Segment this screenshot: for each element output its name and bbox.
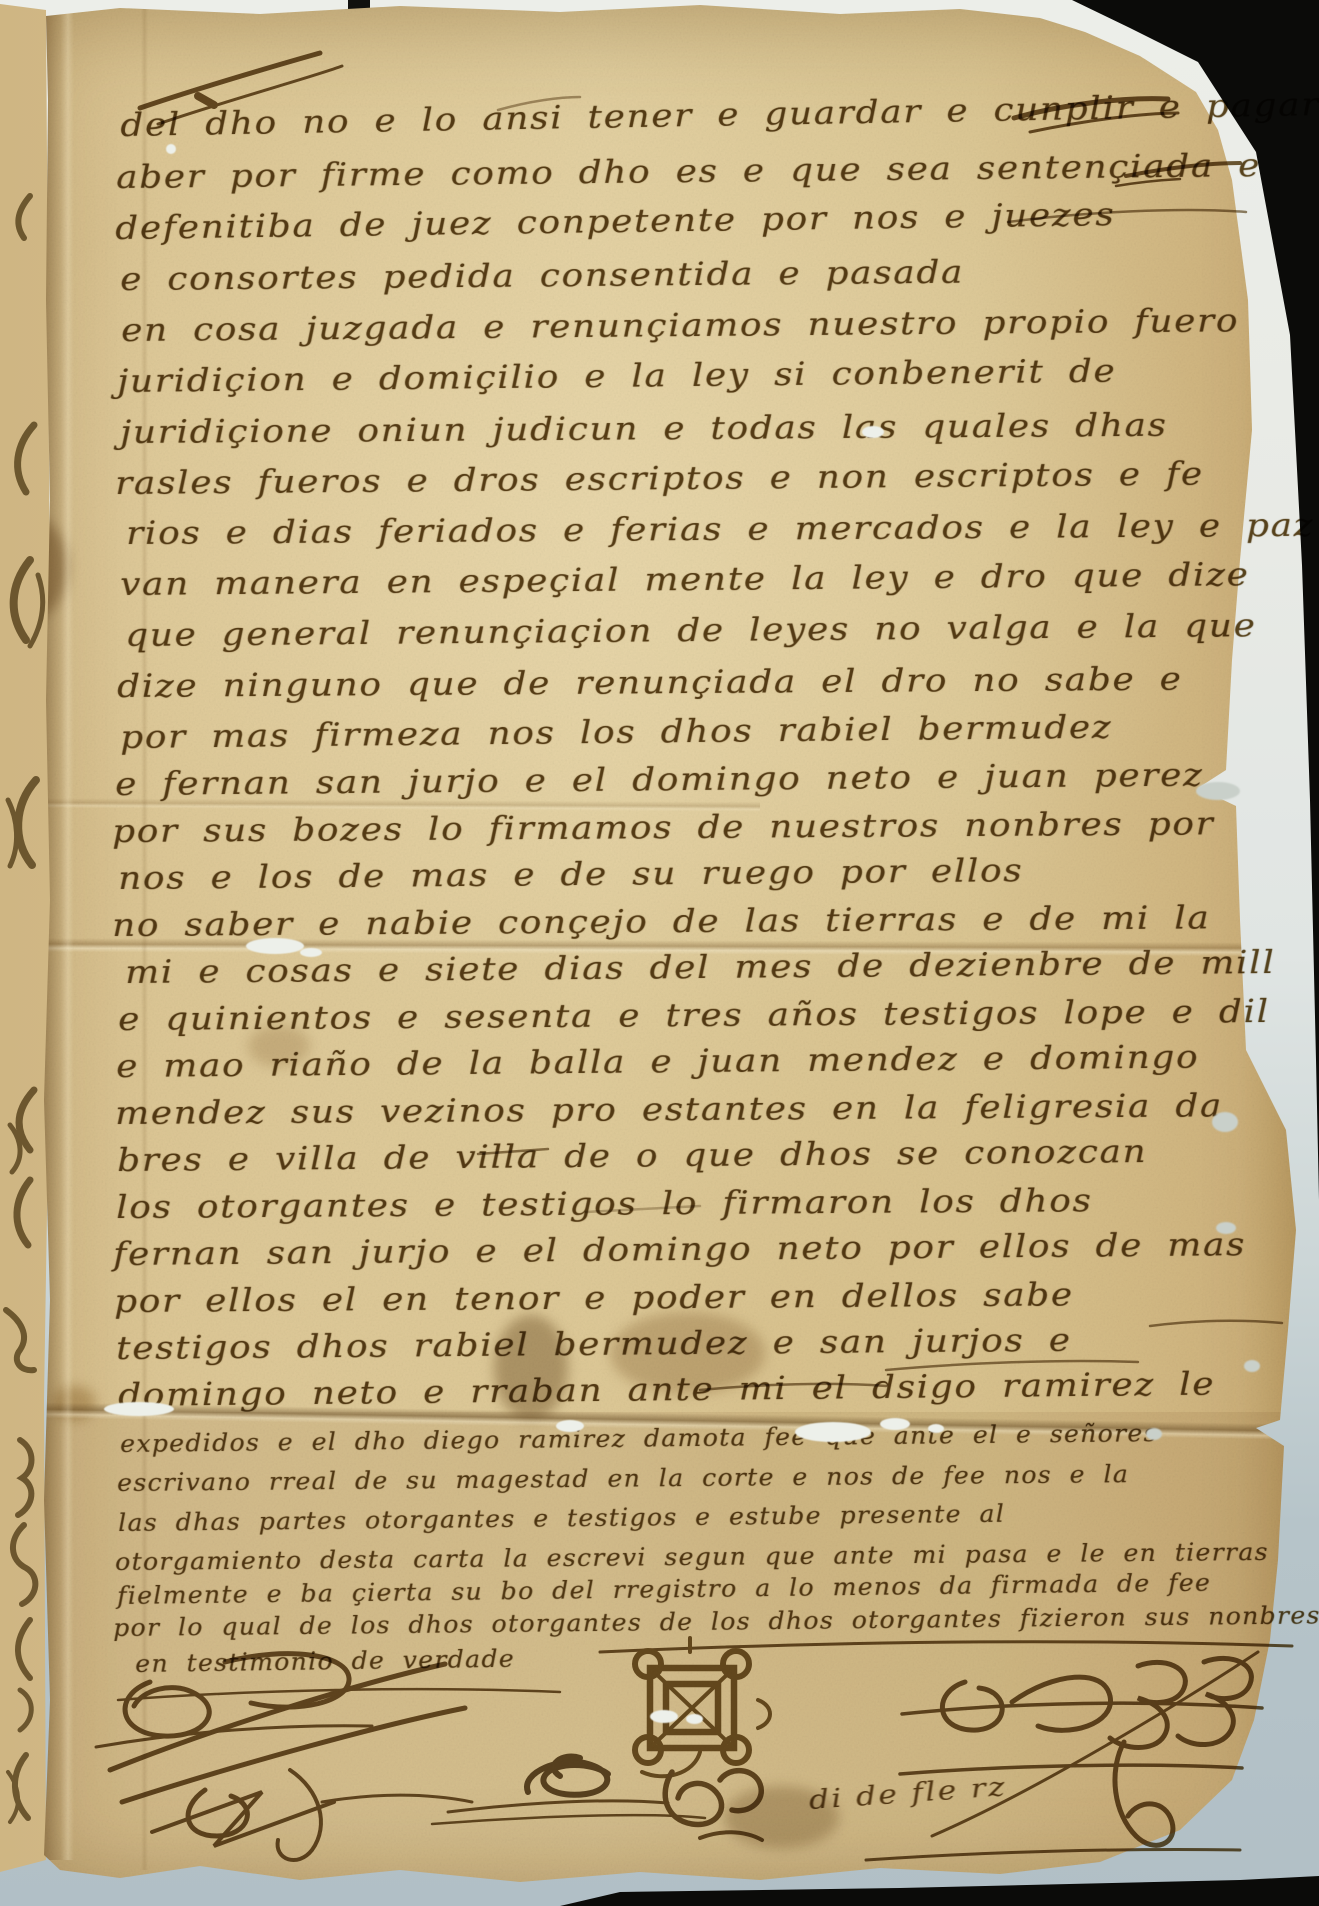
edge-hole [1216, 1222, 1236, 1234]
edge-hole [1244, 1360, 1260, 1372]
manuscript-line-25: por ellos el en tenor e poder en dellos … [114, 1275, 1074, 1320]
damage-spot [928, 1424, 944, 1433]
damage-spot [166, 144, 176, 154]
manuscript-line-12: dize ninguno que de renunçiada el dro no… [117, 660, 1183, 705]
manuscript-line-15: por sus bozes lo firmamos de nuestros no… [112, 804, 1215, 850]
manuscript-line-21: mendez sus vezinos pro estantes en la fe… [115, 1086, 1223, 1132]
damage-spot [686, 1714, 703, 1724]
edge-hole [1146, 1428, 1162, 1440]
damage-spot [795, 1422, 871, 1442]
manuscript-line-19: e quinientos e sesenta e tres años testi… [118, 992, 1270, 1038]
notarial-knot-sign [635, 1638, 770, 1776]
scanned-manuscript: del dho no e lo ansi tener e guardar e c… [0, 0, 1319, 1906]
damage-spot [650, 1710, 678, 1723]
damage-spot [300, 948, 322, 957]
manuscript-line-16: nos e los de mas e de su ruego por ellos [118, 851, 1024, 897]
rubric-flourish-right [866, 1652, 1262, 1860]
manuscript-line-23: los otorgantes e testigos lo firmaron lo… [116, 1181, 1093, 1226]
manuscript-line-34: en testimonio de verdade [135, 1645, 515, 1678]
damage-spot [862, 426, 884, 438]
manuscript-line-7: juridiçione oniun judicun e todas las qu… [120, 406, 1168, 451]
damage-spot [104, 1402, 174, 1416]
damage-spot [880, 1418, 910, 1430]
coil-scribble-right [665, 1771, 762, 1840]
damage-spot [246, 938, 304, 954]
manuscript-line-4: e consortes pedida consentida e pasada [120, 253, 964, 298]
coil-scribble-left [527, 1757, 608, 1795]
edge-hole [1212, 1112, 1238, 1132]
edge-tear [1196, 782, 1240, 800]
damage-spot [556, 1420, 584, 1432]
rubric-flourish-left [96, 1654, 472, 1860]
